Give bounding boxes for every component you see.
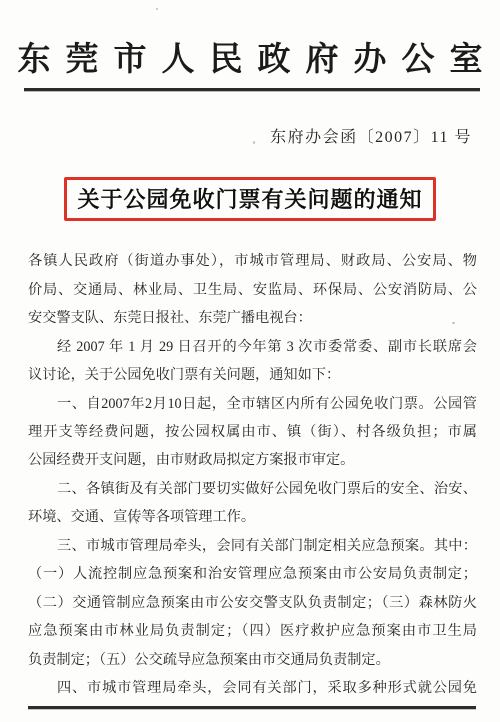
body-line: 负责制定；（五）公交疏导应急预案由市交通局负责制定。 bbox=[28, 646, 477, 674]
body-line: 议讨论，关于公园免收门票有关问题，通知如下： bbox=[28, 361, 477, 389]
body-line: 公园经费开支问题，由市财政局拟定方案报市审定。 bbox=[28, 446, 477, 474]
scan-speck bbox=[253, 141, 255, 144]
footer-rule bbox=[28, 706, 476, 709]
body-line: 三、市城市管理局牵头，会同有关部门制定相关应急预案。其中： bbox=[28, 532, 477, 560]
body-line: 理开支等经费问题，按公园权属由市、镇（街）、村各级负担；市属 bbox=[28, 418, 477, 446]
body-line: 价局、交通局、林业局、卫生局、安监局、环保局、公安消防局、公 bbox=[28, 276, 477, 304]
scan-speck bbox=[156, 8, 158, 10]
body-line: 安交警支队、东莞日报社、东莞广播电视台： bbox=[28, 304, 477, 332]
body-line: 二、各镇街及有关部门要切实做好公园免收门票后的安全、治安、 bbox=[28, 475, 477, 503]
header-rule bbox=[24, 88, 480, 91]
body-line: 一、自2007年2月10日起，全市辖区内所有公园免收门票。公园管 bbox=[28, 390, 477, 418]
pencil-mark bbox=[129, 516, 139, 525]
body-line: 各镇人民政府（街道办事处），市城市管理局、财政局、公安局、物 bbox=[28, 247, 477, 275]
body-line: 四、市城市管理局牵头，会同有关部门，采取多种形式就公园免 bbox=[28, 674, 477, 702]
body-line: （二）交通管制应急预案由市公安交警支队负责制定；（三）森林防火 bbox=[28, 589, 477, 617]
body-line: 应急预案由市林业局负责制定；（四）医疗救护应急预案由市卫生局 bbox=[28, 617, 477, 645]
document-title: 关于公园免收门票有关问题的通知 bbox=[64, 177, 435, 221]
body-line: 经 2007 年 1 月 29 日召开的今年第 3 次市委常委、副市长联席会 bbox=[28, 333, 477, 361]
document-page: 东莞市人民政府办公室 东府办会函〔2007〕11 号 关于公园免收门票有关问题的… bbox=[0, 0, 500, 722]
body-line: 环境、交通、宣传等各项管理工作。 bbox=[28, 503, 477, 531]
body-line: （一）人流控制应急预案和治安管理应急预案由市公安局负责制定； bbox=[28, 560, 477, 588]
issuer-title: 东莞市人民政府办公室 bbox=[0, 0, 500, 81]
scan-speck bbox=[452, 322, 455, 324]
title-row: 关于公园免收门票有关问题的通知 bbox=[0, 177, 500, 221]
doc-number: 东府办会函〔2007〕11 号 bbox=[0, 124, 500, 147]
document-body: 各镇人民政府（街道办事处），市城市管理局、财政局、公安局、物 价局、交通局、林业… bbox=[28, 247, 477, 702]
